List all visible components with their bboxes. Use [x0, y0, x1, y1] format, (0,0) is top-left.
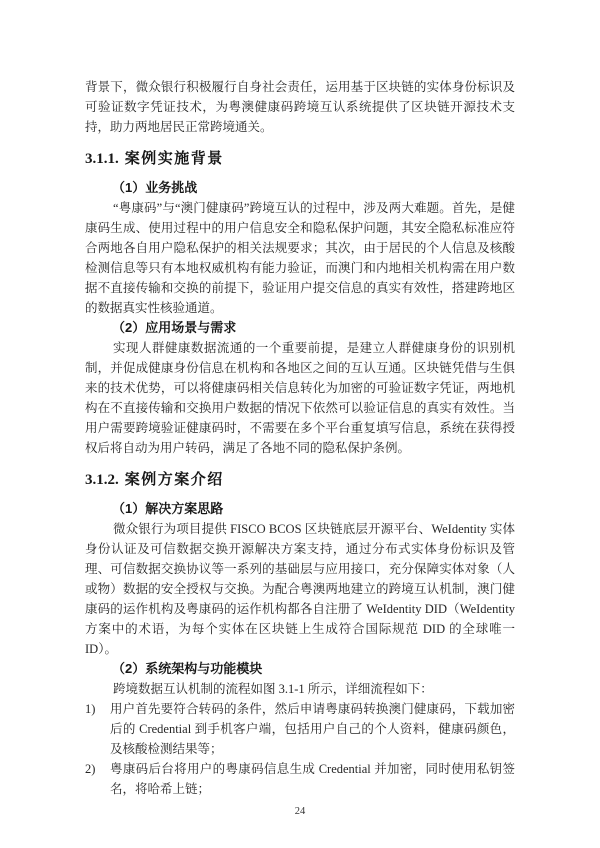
paragraph-solution-idea: 微众银行为项目提供 FISCO BCOS 区块链底层开源平台、WeIdentit…	[85, 519, 515, 659]
list-item: 1) 用户首先要符合转码的条件，然后申请粤康码转换澳门健康码，下载加密后的 Cr…	[85, 699, 515, 759]
sub-heading-solution-idea: （1）解决方案思路	[85, 499, 515, 519]
section-heading-3-1-1: 3.1.1.案例实施背景	[85, 148, 515, 170]
intro-paragraph: 背景下，微众银行积极履行自身社会责任，运用基于区块链的实体身份标识及可验证数字凭…	[85, 77, 515, 137]
numbered-list: 1) 用户首先要符合转码的条件，然后申请粤康码转换澳门健康码，下载加密后的 Cr…	[85, 699, 515, 799]
section-title: 案例实施背景	[125, 150, 224, 167]
page-number: 24	[85, 803, 515, 821]
sub-heading-system-architecture: （2）系统架构与功能模块	[85, 659, 515, 679]
sub-heading-application-scenario: （2）应用场景与需求	[85, 318, 515, 338]
paragraph-business-challenge: “粤康码”与“澳门健康码”跨境互认的过程中，涉及两大难题。首先，是健康码生成、使…	[85, 198, 515, 318]
list-item-number: 2)	[85, 759, 110, 799]
section-title: 案例方案介绍	[125, 471, 224, 488]
section-number: 3.1.2.	[85, 472, 119, 488]
sub-heading-business-challenge: （1）业务挑战	[85, 178, 515, 198]
section-number: 3.1.1.	[85, 151, 119, 167]
document-page: 背景下，微众银行积极履行自身社会责任，运用基于区块链的实体身份标识及可验证数字凭…	[0, 0, 600, 848]
section-heading-3-1-2: 3.1.2.案例方案介绍	[85, 469, 515, 491]
paragraph-flow-intro: 跨境数据互认机制的流程如图 3.1-1 所示，详细流程如下：	[85, 679, 515, 699]
list-item-text: 粤康码后台将用户的粤康码信息生成 Credential 并加密，同时使用私钥签名…	[110, 759, 515, 799]
list-item-text: 用户首先要符合转码的条件，然后申请粤康码转换澳门健康码，下载加密后的 Crede…	[110, 699, 515, 759]
list-item-number: 1)	[85, 699, 110, 759]
paragraph-application-scenario: 实现人群健康数据流通的一个重要前提，是建立人群健康身份的识别机制，并促成健康身份…	[85, 338, 515, 458]
list-item: 2) 粤康码后台将用户的粤康码信息生成 Credential 并加密，同时使用私…	[85, 759, 515, 799]
